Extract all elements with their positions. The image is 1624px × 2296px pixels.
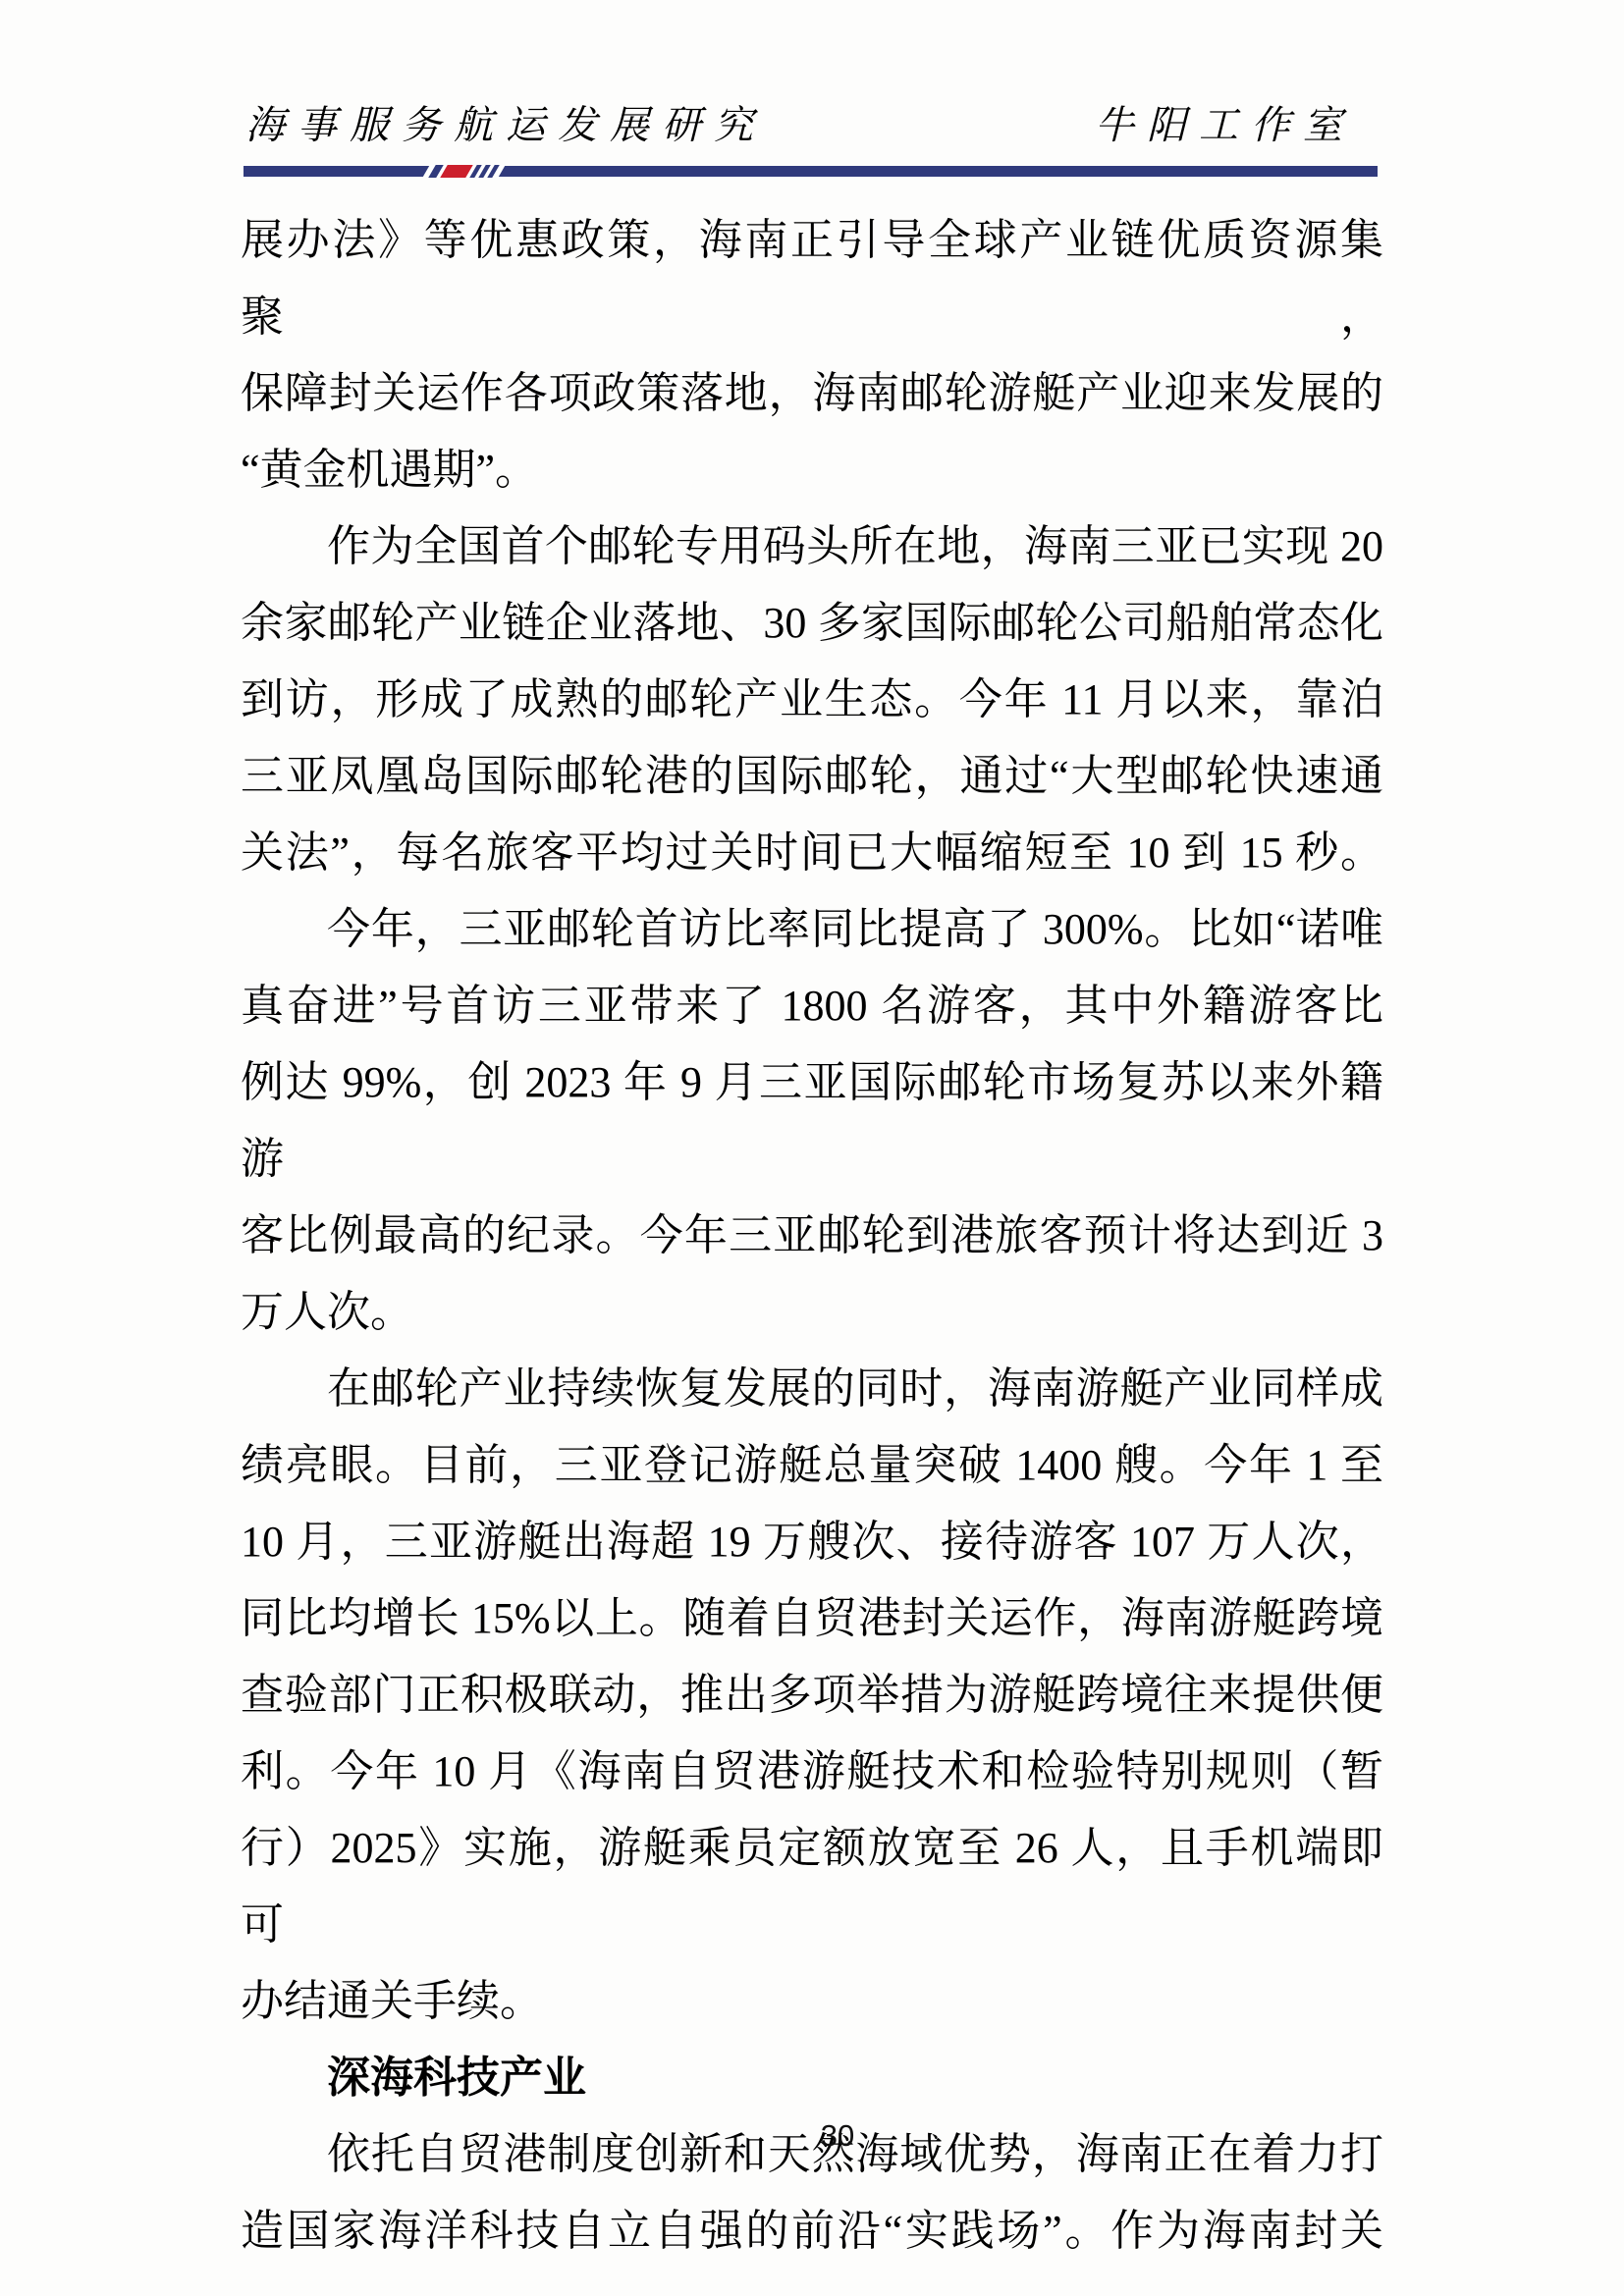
document-page: 海事服务航运发展研究 牛阳工作室 展办法》等优惠政策，海南正引导全球产业链优质资…: [0, 0, 1624, 2296]
text-line: 保障封关运作各项政策落地，海南邮轮游艇产业迎来发展的: [241, 355, 1383, 432]
page-number: 30: [821, 2118, 854, 2153]
text-line: 到访，形成了成熟的邮轮产业生态。今年 11 月以来，靠泊: [241, 662, 1383, 738]
text-line: 例达 99%，创 2023 年 9 月三亚国际邮轮市场复苏以来外籍游: [241, 1044, 1383, 1198]
text-line: “黄金机遇期”。: [241, 432, 1383, 508]
text-line: 行）2025》实施，游艇乘员定额放宽至 26 人，且手机端即可: [241, 1810, 1383, 1963]
text-line: 余家邮轮产业链企业落地、30 多家国际邮轮公司船舶常态化: [241, 585, 1383, 662]
text-line: 万人次。: [241, 1274, 1383, 1351]
text-line: 真奋进”号首访三亚带来了 1800 名游客，其中外籍游客比: [241, 968, 1383, 1044]
text-line: 今年，三亚邮轮首访比率同比提高了 300%。比如“诺唯: [241, 891, 1383, 968]
text-line: 客比例最高的纪录。今年三亚邮轮到港旅客预计将达到近 3: [241, 1198, 1383, 1274]
header-rule: [244, 166, 1378, 177]
text-line: 查验部门正积极联动，推出多项举措为游艇跨境往来提供便: [241, 1657, 1383, 1734]
header-left-title: 海事服务航运发展研究: [245, 94, 766, 150]
page-footer: 30: [51, 2118, 1624, 2154]
text-line: 办结通关手续。: [241, 1963, 1383, 2040]
text-line: 10 月，三亚游艇出海超 19 万艘次、接待游客 107 万人次，: [241, 1504, 1383, 1580]
text-line: 利。今年 10 月《海南自贸港游艇技术和检验特别规则（暂: [241, 1734, 1383, 1810]
text-line: 作为全国首个邮轮专用码头所在地，海南三亚已实现 20: [241, 508, 1383, 585]
text-line: 绩亮眼。目前，三亚登记游艇总量突破 1400 艘。今年 1 至: [241, 1427, 1383, 1504]
section-heading: 深海科技产业: [241, 2040, 1383, 2116]
accent-red-slash: [440, 165, 473, 178]
text-line: 关法”，每名旅客平均过关时间已大幅缩短至 10 到 15 秒。: [241, 815, 1383, 891]
header-titles: 海事服务航运发展研究 牛阳工作室: [245, 94, 1355, 150]
text-line: 造国家海洋科技自立自强的前沿“实践场”。作为海南封关: [241, 2193, 1383, 2269]
document-body: 展办法》等优惠政策，海南正引导全球产业链优质资源集聚，保障封关运作各项政策落地，…: [241, 202, 1383, 2269]
header-rule-accent: [422, 165, 506, 178]
text-line: 在邮轮产业持续恢复发展的同时，海南游艇产业同样成: [241, 1351, 1383, 1427]
text-line: 同比均增长 15%以上。随着自贸港封关运作，海南游艇跨境: [241, 1580, 1383, 1657]
text-line: 展办法》等优惠政策，海南正引导全球产业链优质资源集聚，: [241, 202, 1383, 355]
text-line: 三亚凤凰岛国际邮轮港的国际邮轮，通过“大型邮轮快速通: [241, 738, 1383, 815]
header-right-title: 牛阳工作室: [1095, 94, 1355, 150]
